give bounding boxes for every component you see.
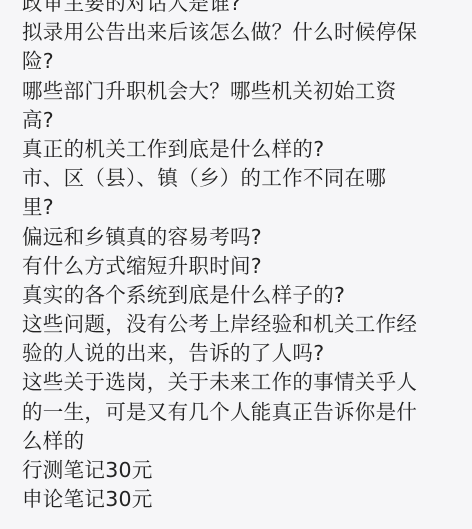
text-line-statement-career-cont: 的一生，可是又有几个人能真正告诉你是什 <box>22 398 442 427</box>
text-line-question-remote-easy: 偏远和乡镇真的容易考吗? <box>22 223 442 252</box>
text-body: 政审主要的对话人是谁? 拟录用公告出来后该怎么做？什么时候停保 险? 哪些部门升… <box>22 0 442 514</box>
text-line-question-levels-difference: 市、区（县）、镇（乡）的工作不同在哪 <box>22 164 442 193</box>
text-line-question-promotion-salary: 哪些部门升职机会大？哪些机关初始工资 <box>22 77 442 106</box>
text-line-statement-experience-cont: 验的人说的出来，告诉的了人吗? <box>22 339 442 368</box>
text-line-question-systems: 真实的各个系统到底是什么样子的? <box>22 281 442 310</box>
text-line-statement-experience: 这些问题，没有公考上岸经验和机关工作经 <box>22 310 442 339</box>
text-line-price-shenlun-notes: 申论笔记30元 <box>22 485 442 514</box>
text-line-price-xingce-notes: 行测笔记30元 <box>22 456 442 485</box>
text-line-statement-career: 这些关于选岗，关于未来工作的事情关乎人 <box>22 368 442 397</box>
text-line-question-offer-notice: 拟录用公告出来后该怎么做？什么时候停保 <box>22 18 442 47</box>
document-page: 政审主要的对话人是谁? 拟录用公告出来后该怎么做？什么时候停保 险? 哪些部门升… <box>0 0 472 529</box>
text-line-question-promotion-salary-cont: 高? <box>22 106 442 135</box>
text-line-statement-career-end: 么样的 <box>22 427 442 456</box>
text-line-question-real-work: 真正的机关工作到底是什么样的? <box>22 135 442 164</box>
text-line-question-political-review: 政审主要的对话人是谁? <box>22 0 442 18</box>
text-line-question-offer-notice-cont: 险? <box>22 47 442 76</box>
text-line-question-shorten-promotion: 有什么方式缩短升职时间? <box>22 252 442 281</box>
text-line-question-levels-difference-cont: 里? <box>22 193 442 222</box>
